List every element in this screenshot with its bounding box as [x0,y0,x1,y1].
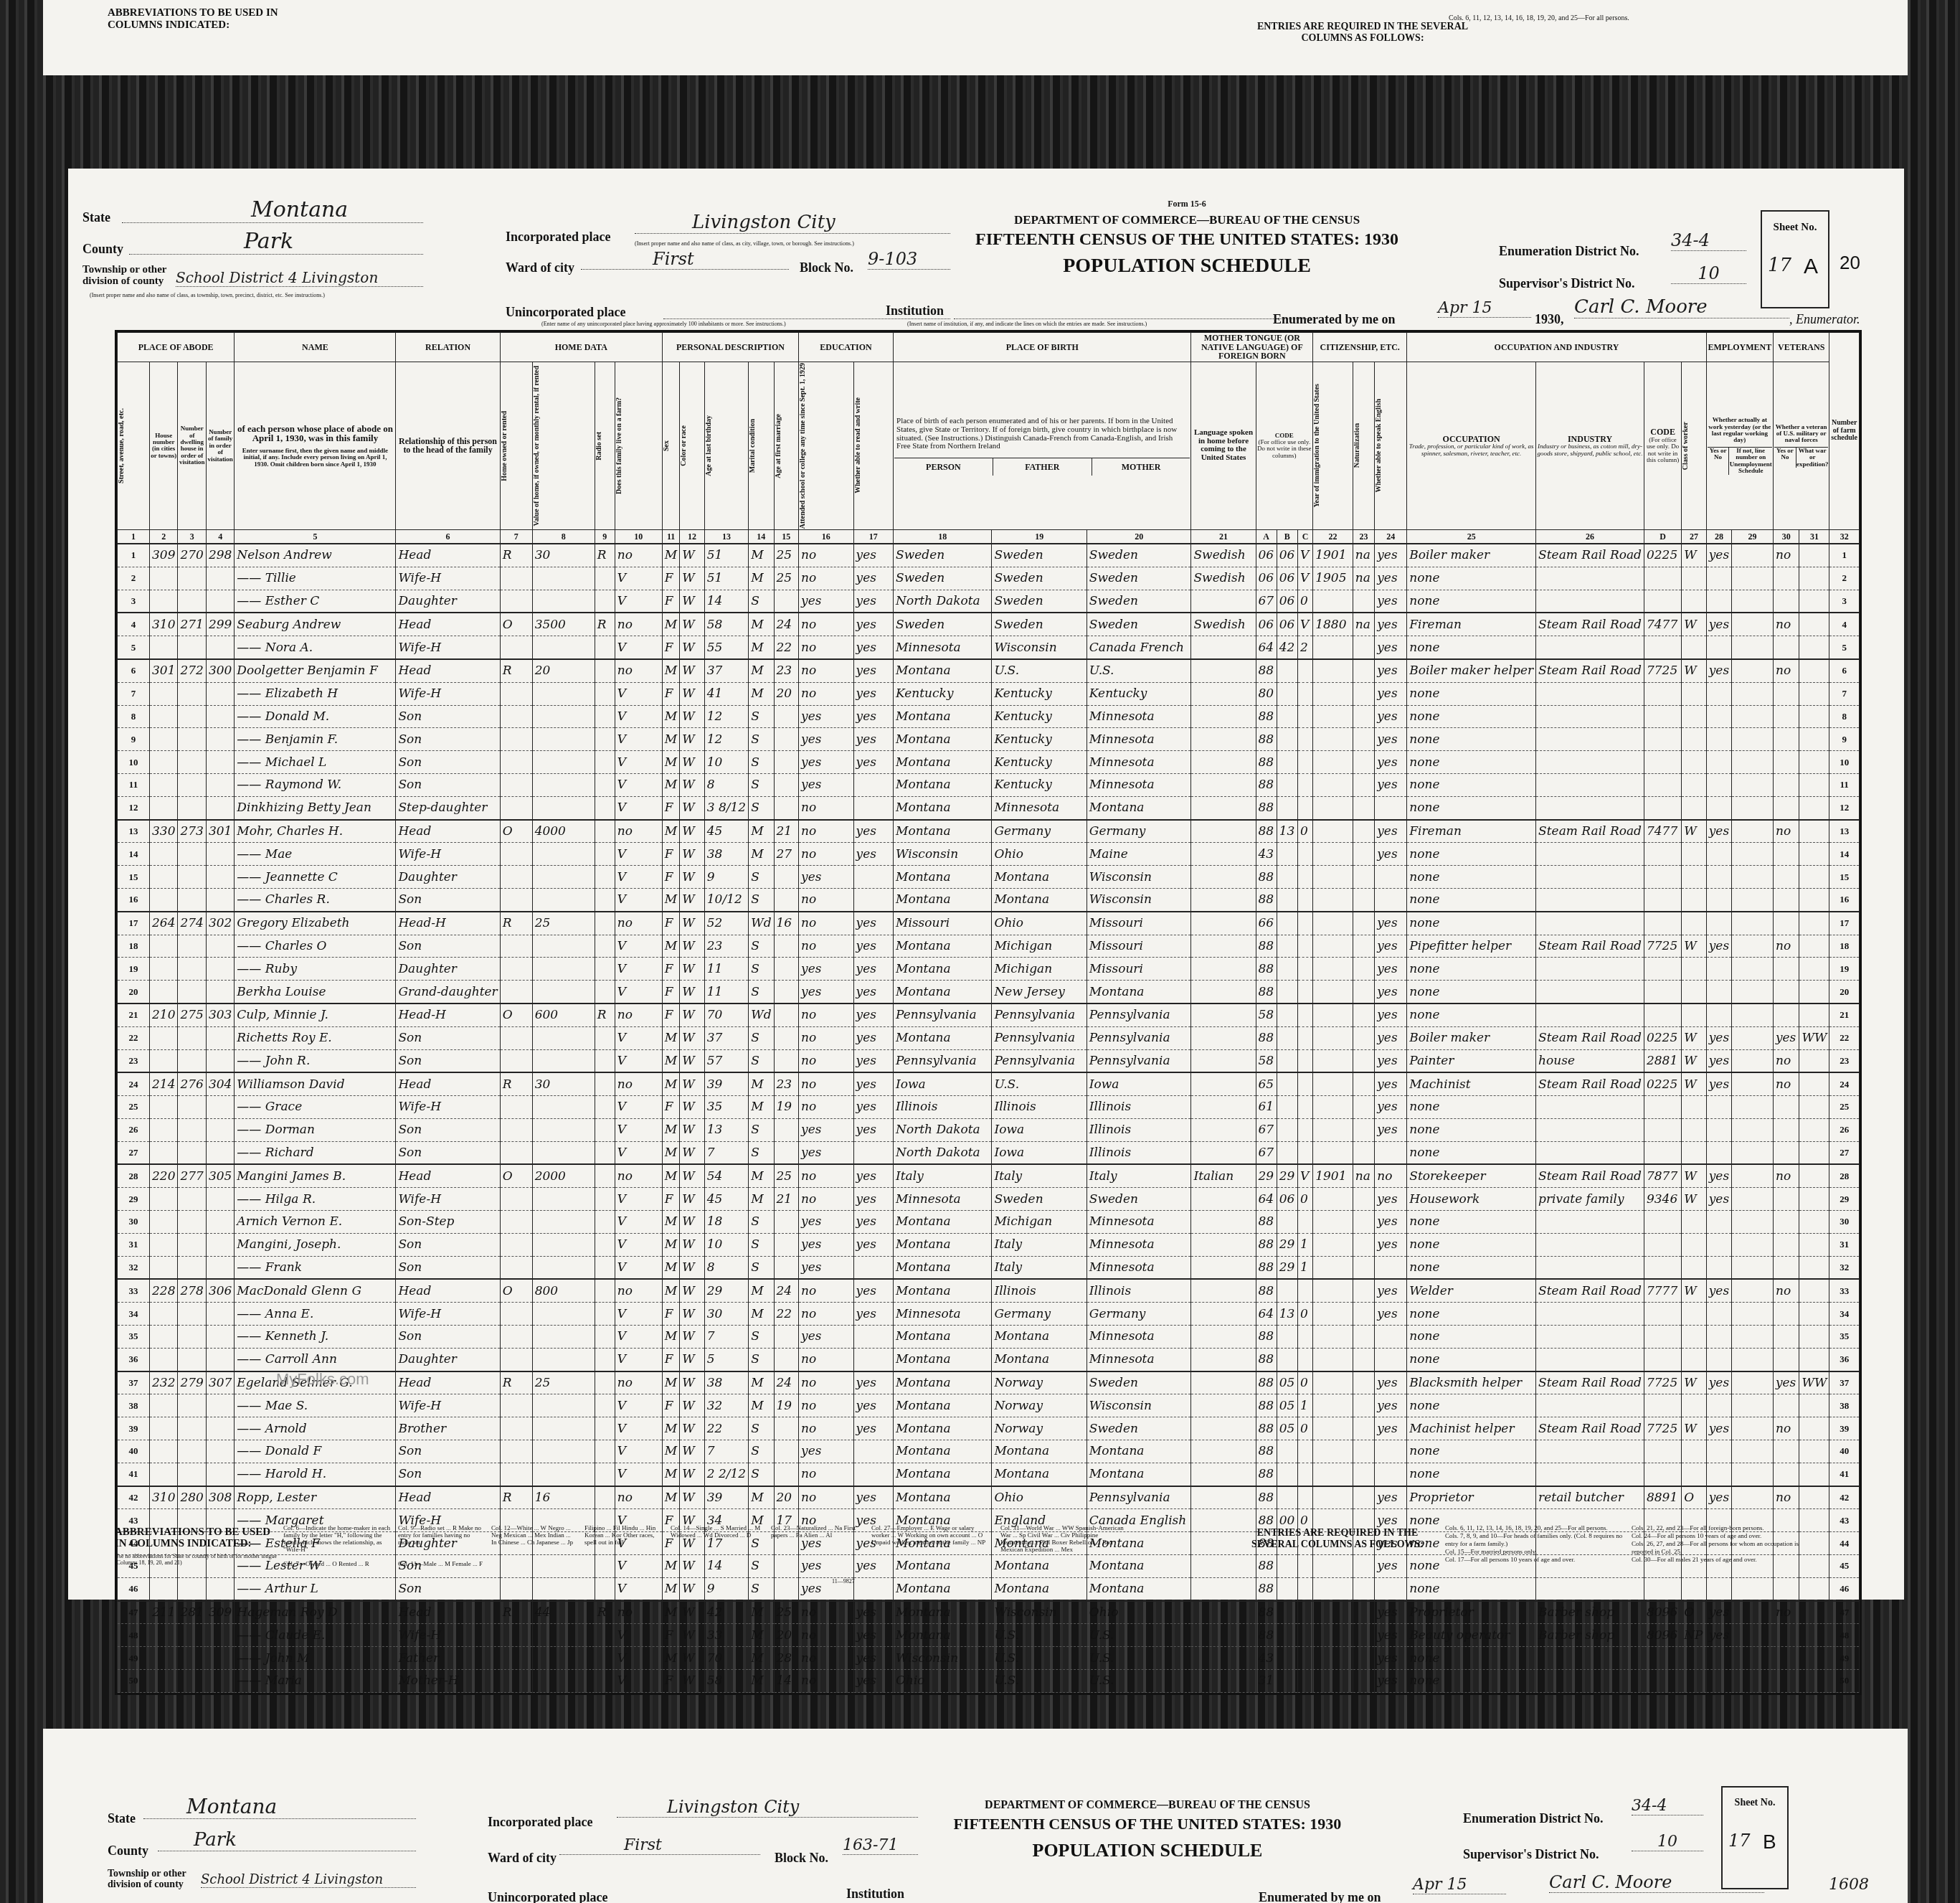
cell-b [1277,1647,1297,1670]
cell-line: 48 [118,1624,150,1647]
cell-dwelling [178,1118,206,1141]
cell-cls [1682,888,1707,911]
cell-a: 88 [1256,981,1277,1004]
cell-read [853,866,894,889]
column-number: 17 [853,529,894,544]
cell-name: —— Benjamin F. [235,728,396,751]
cell-war [1799,682,1829,705]
cell-rel: Son [396,888,500,911]
cell-eng: yes [1375,912,1407,935]
cell-read: yes [853,820,894,843]
cell-family [206,1670,234,1693]
cell-occ: Machinist [1407,1072,1536,1095]
cell-work [1706,636,1731,659]
cell-bpf: Montana [992,1326,1086,1349]
cell-code [1644,682,1681,705]
cell-work: yes [1706,544,1731,567]
cell-bp: Minnesota [894,1303,992,1326]
cell-school: yes [799,866,854,889]
cell-mar: M [749,636,774,659]
cell-house [150,1394,178,1417]
cell-cls: W [1682,659,1707,682]
cell-rel: Son [396,1463,500,1486]
cell-own [500,1417,532,1440]
cell-race: W [680,1211,705,1234]
cell-b [1277,773,1297,796]
cell-race: W [680,888,705,911]
cell-c: 0 [1297,590,1312,613]
cell-bpm: Pennsylvania [1086,1026,1191,1049]
cell-read [853,1440,894,1463]
next-incorporated-value: Livingston City [617,1797,918,1818]
cell-bpm: Minnesota [1086,1348,1191,1371]
cell-ind: Steam Rail Road [1536,1072,1644,1095]
cell-family [206,1647,234,1670]
cell-mar: S [749,1049,774,1072]
cell-line: 10 [118,751,150,774]
cell-value [532,935,595,958]
cell-line: 34 [118,1303,150,1326]
cell-ind [1536,958,1644,981]
cell-war [1799,1303,1829,1326]
cell-line-right: 32 [1829,1256,1860,1279]
cell-agem [774,1004,799,1026]
cell-rel: Head [396,1371,500,1394]
cell-bpm: Missouri [1086,935,1191,958]
column-number: A [1256,529,1277,544]
cell-farm: V [615,796,662,819]
cell-work [1706,751,1731,774]
cell-lang [1191,590,1256,613]
cell-race: W [680,544,705,567]
cell-agem [774,935,799,958]
cell-eng [1375,888,1407,911]
cell-bp: Wisconsin [894,843,992,866]
cell-work [1706,1303,1731,1326]
cell-age: 29 [704,1279,748,1302]
cell-read: yes [853,1601,894,1624]
cell-eng: yes [1375,1670,1407,1693]
cell-cls [1682,866,1707,889]
cell-war [1799,820,1829,843]
cell-work [1706,1004,1731,1026]
cell-bpm: Minnesota [1086,1211,1191,1234]
cell-nat: na [1353,613,1375,636]
cell-vet [1773,1394,1799,1417]
entries-right: Cols. 21, 22, and 23—For all foreign-bor… [1632,1524,1818,1564]
cell-unemp [1732,613,1774,636]
cell-c: 0 [1297,1417,1312,1440]
cell-bpm: Minnesota [1086,728,1191,751]
cell-radio [595,1233,615,1256]
census-sheet: State Montana County Park Township or ot… [68,169,1904,1600]
cell-ind [1536,912,1644,935]
cell-code [1644,1096,1681,1119]
cell-sex: M [662,659,679,682]
cell-agem: 28 [774,1647,799,1670]
cell-code [1644,1141,1681,1164]
cell-bp: Pennsylvania [894,1049,992,1072]
col-sex: Sex [663,440,671,451]
cell-sex: M [662,935,679,958]
cell-war [1799,1141,1829,1164]
cell-bpm: Sweden [1086,544,1191,567]
cell-farm: no [615,820,662,843]
cell-c: 1 [1297,1394,1312,1417]
cell-occ: none [1407,1303,1536,1326]
cell-bp: North Dakota [894,1141,992,1164]
cell-school: no [799,1463,854,1486]
cell-work [1706,1141,1731,1164]
census-row: 37232279307Egeland Selmer G.HeadR25noMW3… [118,1371,1860,1394]
cell-line-right: 36 [1829,1348,1860,1371]
next-sheet-header: State Montana County Park Township or ot… [43,1729,1908,1903]
cell-war [1799,636,1829,659]
cell-b [1277,1440,1297,1463]
next-schedule-title: POPULATION SCHEDULE [918,1840,1377,1861]
cell-dwelling [178,682,206,705]
cell-unemp [1732,843,1774,866]
cell-occ: Proprietor [1407,1486,1536,1509]
cell-cls [1682,1004,1707,1026]
cell-lang [1191,866,1256,889]
cell-bpf: Italy [992,1233,1086,1256]
cell-occ: none [1407,1118,1536,1141]
cell-cls: W [1682,1371,1707,1394]
cell-line: 47 [118,1601,150,1624]
cell-cls: W [1682,544,1707,567]
cell-radio [595,751,615,774]
cell-line-right: 8 [1829,705,1860,728]
cell-house [150,981,178,1004]
cell-cls [1682,728,1707,751]
cell-line-right: 27 [1829,1141,1860,1164]
column-number: 20 [1086,529,1191,544]
cell-cls: W [1682,1188,1707,1211]
census-row: 34—— Anna E.Wife-HVFW30M22noyesMinnesota… [118,1303,1860,1326]
col-birth-person: PERSON [894,458,993,476]
cell-ind [1536,1463,1644,1486]
cell-race: W [680,981,705,1004]
cell-ind [1536,1141,1644,1164]
cell-house [150,1463,178,1486]
cell-code: 7725 [1644,1417,1681,1440]
cell-cls [1682,1211,1707,1234]
cell-eng: yes [1375,1026,1407,1049]
cell-line-right: 19 [1829,958,1860,981]
cell-rel: Daughter [396,1348,500,1371]
cell-radio [595,1463,615,1486]
cell-imm [1313,1256,1353,1279]
cell-line: 6 [118,659,150,682]
cell-rel: Son [396,935,500,958]
group-employment: EMPLOYMENT [1706,333,1773,362]
cell-dwelling: 274 [178,912,206,935]
cell-read [853,888,894,911]
cell-a: 88 [1256,751,1277,774]
cell-name: —— Frank [235,1256,396,1279]
cell-rel: Son [396,773,500,796]
cell-eng: yes [1375,981,1407,1004]
cell-occ: Painter [1407,1049,1536,1072]
cell-code [1644,1670,1681,1693]
cell-sex: M [662,1647,679,1670]
cell-occ: Pipefitter helper [1407,935,1536,958]
cell-house: 264 [150,912,178,935]
cell-code [1644,1256,1681,1279]
cell-line-right: 38 [1829,1394,1860,1417]
cell-name: —— Ruby [235,958,396,981]
cell-name: —— Mae S. [235,1394,396,1417]
group-citizenship: CITIZENSHIP, ETC. [1313,333,1407,362]
cell-mar: M [749,544,774,567]
cell-value: 3500 [532,613,595,636]
cell-agem [774,866,799,889]
cell-b: 29 [1277,1164,1297,1187]
cell-ind [1536,567,1644,590]
col-relation: Relationship of this person to the head … [396,362,500,529]
cell-value: 16 [532,1486,595,1509]
cell-mar: M [749,1303,774,1326]
cell-sex: M [662,1072,679,1095]
state-label: State [82,210,110,225]
cell-war [1799,1188,1829,1211]
cell-c [1297,1624,1312,1647]
cell-dwelling: 277 [178,1164,206,1187]
cell-agem [774,1211,799,1234]
cell-sex: M [662,751,679,774]
cell-bpf: Iowa [992,1141,1086,1164]
cell-ind [1536,1118,1644,1141]
cell-race: W [680,1141,705,1164]
cell-age: 58 [704,613,748,636]
cell-bp: Pennsylvania [894,1004,992,1026]
cell-family: 303 [206,1004,234,1026]
cell-own [500,1096,532,1119]
cell-imm [1313,1188,1353,1211]
cell-a: 88 [1256,659,1277,682]
col-veteran: Yes or No [1774,448,1796,468]
cell-cls: O [1682,1486,1707,1509]
cell-school: yes [799,728,854,751]
cell-code [1644,1326,1681,1349]
census-table: PLACE OF ABODE NAME RELATION HOME DATA P… [117,332,1860,1693]
institution-note: (Insert name of institution, if any, and… [907,321,1316,327]
cell-agem: 14 [774,1670,799,1693]
cell-farm: no [615,1486,662,1509]
cell-agem: 19 [774,1394,799,1417]
cell-work [1706,1211,1731,1234]
cell-a: 88 [1256,1211,1277,1234]
cell-bpf: Wisconsin [992,1601,1086,1624]
cell-imm [1313,888,1353,911]
cell-imm [1313,1647,1353,1670]
cell-eng [1375,1326,1407,1349]
cell-eng: yes [1375,1647,1407,1670]
cell-house [150,843,178,866]
cell-cls [1682,1394,1707,1417]
township-note: (Insert proper name and also name of cla… [90,292,427,298]
cell-sex: F [662,1670,679,1693]
cell-bp: Montana [894,1624,992,1647]
cell-line: 17 [118,912,150,935]
cell-bp: Montana [894,1326,992,1349]
column-number: D [1644,529,1681,544]
cell-sex: M [662,1279,679,1302]
cell-nat [1353,1326,1375,1349]
cell-mar: M [749,567,774,590]
cell-bpf: Montana [992,866,1086,889]
census-row: 8—— Donald M.SonVMW12SyesyesMontanaKentu… [118,705,1860,728]
cell-dwelling [178,1326,206,1349]
cell-rel: Daughter [396,866,500,889]
cell-dwelling: 275 [178,1004,206,1026]
cell-race: W [680,613,705,636]
cell-farm: V [615,751,662,774]
cell-school: no [799,1072,854,1095]
col-code-d-note: (For office use only. Do not write in th… [1645,437,1680,464]
cell-a: 88 [1256,866,1277,889]
cell-sex: F [662,981,679,1004]
cell-rel: Daughter [396,590,500,613]
cell-imm [1313,820,1353,843]
cell-bp: Montana [894,1026,992,1049]
cell-nat [1353,1371,1375,1394]
cell-vet [1773,1096,1799,1119]
cell-eng: yes [1375,659,1407,682]
cell-rel: Mother-H [396,1670,500,1693]
cell-farm: no [615,1371,662,1394]
cell-a: 88 [1256,1326,1277,1349]
column-number: 28 [1706,529,1731,544]
cell-age: 30 [704,1303,748,1326]
cell-mar: S [749,1440,774,1463]
cell-a: 06 [1256,613,1277,636]
cell-bp: Illinois [894,1096,992,1119]
cell-farm: V [615,1624,662,1647]
cell-own [500,682,532,705]
cell-ind [1536,1326,1644,1349]
cell-bp: North Dakota [894,1118,992,1141]
cell-agem: 22 [774,1303,799,1326]
cell-family [206,1417,234,1440]
cell-nat [1353,866,1375,889]
next-ward-value: First [559,1836,760,1855]
cell-family [206,773,234,796]
census-row: 2—— TillieWife-HVFW51M25noyesSwedenSwede… [118,567,1860,590]
cell-bp: Missouri [894,912,992,935]
cell-b [1277,1072,1297,1095]
cell-family [206,981,234,1004]
cell-school: yes [799,1256,854,1279]
cell-family [206,590,234,613]
cell-ind: Steam Rail Road [1536,1164,1644,1187]
cell-own [500,796,532,819]
col-age: Age at last birthday [706,415,714,476]
col-radio: Radio set [596,432,604,461]
next-county-label: County [108,1843,148,1859]
cell-school: no [799,1303,854,1326]
cell-own [500,590,532,613]
cell-value [532,682,595,705]
cell-rel: Head [396,1279,500,1302]
census-row: 31Mangini, Joseph.SonVMW10SyesyesMontana… [118,1233,1860,1256]
cell-radio [595,1624,615,1647]
cell-line: 13 [118,820,150,843]
abbrev-col9: Col. 9—Radio set ... R Make no entry for… [398,1524,484,1546]
cell-nat [1353,1118,1375,1141]
cell-nat [1353,659,1375,682]
cell-unemp [1732,659,1774,682]
cell-vet: no [1773,935,1799,958]
unincorporated-note: (Enter name of any unincorporated place … [541,321,950,327]
cell-work: yes [1706,820,1731,843]
cell-radio [595,1096,615,1119]
cell-dwelling [178,1141,206,1164]
cell-cls: NP [1682,1624,1707,1647]
cell-name: —— Anna E. [235,1303,396,1326]
cell-dwelling: 270 [178,544,206,567]
cell-sex: F [662,1188,679,1211]
cell-b [1277,796,1297,819]
cell-agem [774,1026,799,1049]
cell-lang [1191,1670,1256,1693]
cell-code [1644,888,1681,911]
ed-value: 34-4 [1671,230,1746,251]
cell-family [206,636,234,659]
cell-c [1297,1601,1312,1624]
cell-ind: Steam Rail Road [1536,659,1644,682]
cell-eng [1375,1256,1407,1279]
cell-line: 19 [118,958,150,981]
cell-lang [1191,1233,1256,1256]
column-number: 22 [1313,529,1353,544]
cell-vet [1773,1440,1799,1463]
cell-sex: M [662,1256,679,1279]
cell-sex: M [662,705,679,728]
cell-cls [1682,981,1707,1004]
cell-family: 308 [206,1486,234,1509]
cell-bpm: U.S. [1086,659,1191,682]
cell-line-right: 9 [1829,728,1860,751]
col-marital: Marital condition [749,419,757,473]
cell-occ: none [1407,958,1536,981]
cell-house [150,1096,178,1119]
ed-label: Enumeration District No. [1499,244,1639,259]
cell-a: 88 [1256,1026,1277,1049]
abbrev-col31: Col. 31—World War ... WW Spanish-America… [1000,1524,1130,1553]
cell-race: W [680,820,705,843]
cell-c: V [1297,613,1312,636]
cell-lang [1191,1096,1256,1119]
cell-sex: F [662,1004,679,1026]
cell-age: 7 [704,1326,748,1349]
cell-a: 31 [1256,1670,1277,1693]
cell-ind [1536,773,1644,796]
cell-unemp [1732,1463,1774,1486]
form-number: Form 15-6 [950,199,1424,209]
cell-vet [1773,1211,1799,1234]
cell-nat [1353,1486,1375,1509]
cell-ind [1536,1394,1644,1417]
cell-unemp [1732,1233,1774,1256]
cell-school: yes [799,751,854,774]
cell-radio [595,1394,615,1417]
cell-farm: no [615,1279,662,1302]
cell-line: 41 [118,1463,150,1486]
cell-eng: yes [1375,544,1407,567]
cell-read: yes [853,958,894,981]
